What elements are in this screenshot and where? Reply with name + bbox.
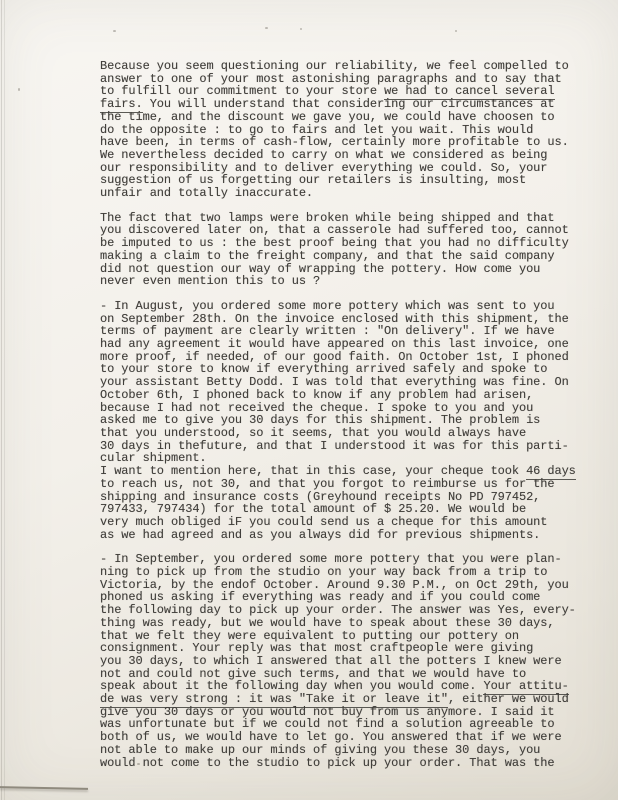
letter-line: not able to make up our minds of giving … — [100, 744, 600, 757]
letter-line: making a claim to the freight company, a… — [100, 250, 600, 263]
letter-paragraph: The fact that two lamps were broken whil… — [100, 212, 600, 288]
letter-paragraph: Because you seem questioning our reliabi… — [100, 60, 600, 200]
letter-line: very much obliged iF you could send us a… — [100, 516, 600, 529]
letter-line: thing was ready, but we would have to sp… — [100, 617, 600, 630]
paper-speck — [455, 30, 457, 32]
letter-line: would not come to the studio to pick up … — [100, 757, 600, 770]
scanned-letter-page: Because you seem questioning our reliabi… — [0, 0, 618, 800]
letter-line: your assistant Betty Dodd. I was told th… — [100, 376, 600, 389]
letter-line: be imputed to us : the best proof being … — [100, 237, 600, 250]
letter-line: had any agreement it would have appeared… — [100, 338, 600, 351]
paper-crease — [4, 0, 5, 800]
letter-line: Because you seem questioning our reliabi… — [100, 60, 600, 73]
paper-speck — [300, 28, 302, 30]
letter-line: fairs. You will understand that consider… — [100, 98, 600, 111]
letter-line: both of us, we would have to let go. You… — [100, 731, 600, 744]
letter-line: the time, and the discount we gave you, … — [100, 111, 600, 124]
letter-paragraph: - In August, you ordered some more potte… — [100, 300, 600, 541]
paper-edge — [0, 786, 88, 790]
letter-line: I want to mention here, that in this cas… — [100, 465, 600, 478]
letter-line: unfair and totally inaccurate. — [100, 187, 600, 200]
letter-line: de was very strong : it was "Take it or … — [100, 693, 600, 706]
paper-speck — [113, 30, 116, 32]
letter-line: ning to pick up from the studio on your … — [100, 566, 600, 579]
letter-line: 797433, 797434) for the total amount of … — [100, 503, 600, 516]
letter-line: that you understood, so it seems, that y… — [100, 427, 600, 440]
letter-line: - In August, you ordered some more potte… — [100, 300, 600, 313]
letter-paragraph: - In September, you ordered some more po… — [100, 553, 600, 769]
letter-line: October 6th, I phoned back to know if an… — [100, 389, 600, 402]
letter-line: to reach us, not 30, and that you forgot… — [100, 478, 600, 491]
letter-line: We nevertheless decided to carry on what… — [100, 149, 600, 162]
letter-body: Because you seem questioning our reliabi… — [100, 60, 600, 781]
paper-speck — [18, 88, 20, 91]
letter-line: as we had agreed and as you always did f… — [100, 529, 600, 542]
paper-crease — [1, 0, 2, 800]
letter-line: the following day to pick up your order.… — [100, 604, 600, 617]
paper-speck — [265, 27, 268, 29]
letter-line: you 30 days, to which I answered that al… — [100, 655, 600, 668]
letter-line: never even mention this to us ? — [100, 275, 600, 288]
